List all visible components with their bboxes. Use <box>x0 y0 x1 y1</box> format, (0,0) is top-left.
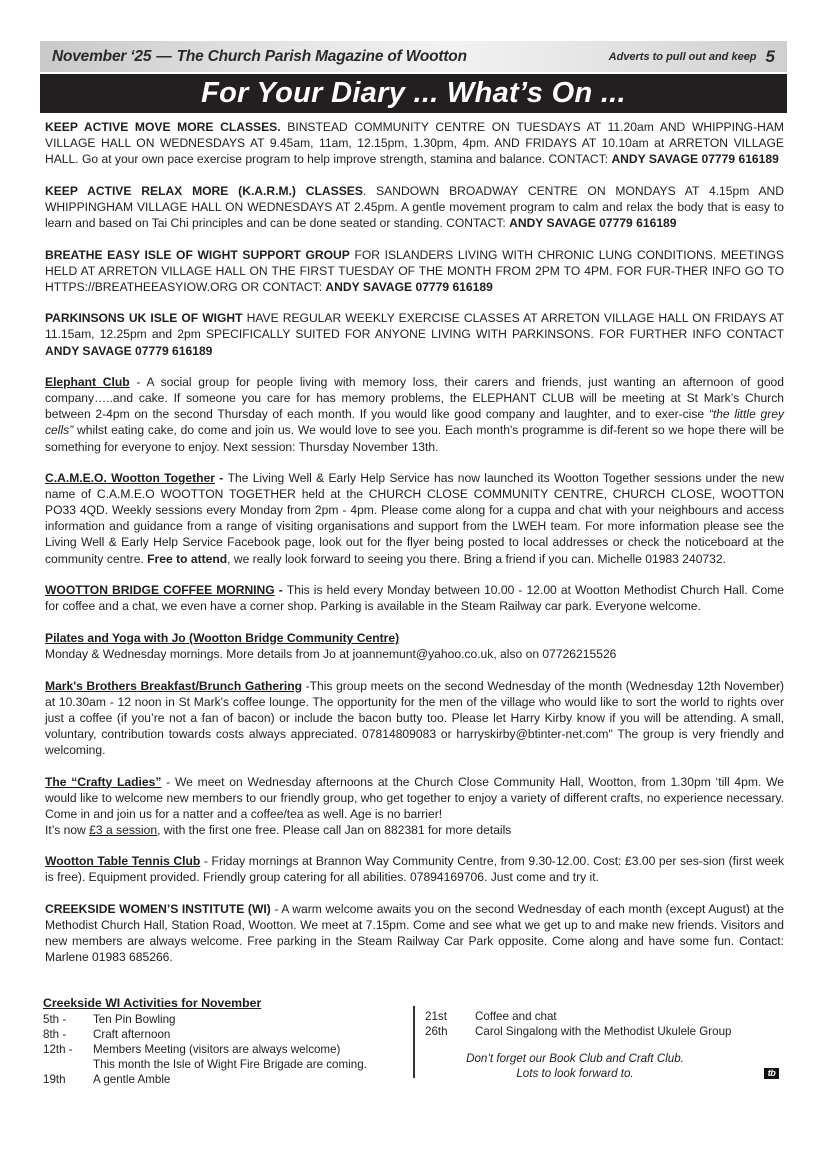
listing-heading: Wootton Table Tennis Club <box>45 854 200 868</box>
listing-parkinsons: PARKINSONS UK ISLE OF WIGHT HAVE REGULAR… <box>45 310 784 358</box>
wi-activity-date: 5th - <box>43 1012 93 1027</box>
wi-activity-row: 21stCoffee and chat <box>425 1009 785 1024</box>
listing-creekside-wi: CREEKSIDE WOMEN’S INSTITUTE (WI) - A war… <box>45 901 784 965</box>
page-title: For Your Diary ... What’s On ... <box>201 77 626 110</box>
listing-heading: Pilates and Yoga with Jo (Wootton Bridge… <box>45 631 399 645</box>
wi-activity-date: 12th - <box>43 1042 93 1057</box>
wi-activity-row: 19thA gentle Amble <box>43 1072 408 1087</box>
wi-note: Don’t forget our Book Club and Craft Clu… <box>425 1051 725 1081</box>
listing-line2: It’s now <box>45 823 89 837</box>
wi-activity-row: This month the Isle of Wight Fire Brigad… <box>43 1057 408 1072</box>
listing-heading: KEEP ACTIVE RELAX MORE (K.A.R.M.) CLASSE… <box>45 184 363 198</box>
listing-heading: Elephant Club <box>45 375 130 389</box>
header-dash: — <box>156 48 171 65</box>
wi-activity-date: 8th - <box>43 1027 93 1042</box>
listing-contact: ANDY SAVAGE 07779 616189 <box>611 152 778 166</box>
listing-price: £3 a session <box>89 823 157 837</box>
wi-note-line1: Don’t forget our Book Club and Craft Clu… <box>425 1051 725 1066</box>
issue-date: November ‘25 <box>52 48 151 65</box>
page-header: November ‘25—The Church Parish Magazine … <box>40 41 787 72</box>
wi-activities-left: Creekside WI Activities for November 5th… <box>43 996 408 1087</box>
wi-activity-date: 21st <box>425 1009 475 1024</box>
listing-emphasis: Free to attend <box>147 552 227 566</box>
column-divider <box>413 1006 415 1078</box>
header-left: November ‘25—The Church Parish Magazine … <box>52 48 467 66</box>
wi-activity-text: A gentle Amble <box>93 1072 408 1087</box>
page-number: 5 <box>766 47 775 67</box>
wi-activities-right: 21stCoffee and chat 26thCarol Singalong … <box>425 1009 785 1081</box>
listing-contact: ANDY SAVAGE 07779 616189 <box>45 344 212 358</box>
wi-activity-text: Members Meeting (visitors are always wel… <box>93 1042 408 1057</box>
listing-dash: - <box>215 471 228 485</box>
listing-keep-active-relax-more: KEEP ACTIVE RELAX MORE (K.A.R.M.) CLASSE… <box>45 183 784 231</box>
listing-pilates-yoga: Pilates and Yoga with Jo (Wootton Bridge… <box>45 630 784 662</box>
listing-crafty-ladies: The “Crafty Ladies” - We meet on Wednesd… <box>45 774 784 838</box>
listing-coffee-morning: WOOTTON BRIDGE COFFEE MORNING - This is … <box>45 582 784 614</box>
wi-activity-text: This month the Isle of Wight Fire Brigad… <box>93 1057 408 1072</box>
listing-heading: The “Crafty Ladies” <box>45 775 161 789</box>
listing-dash: - <box>275 583 287 597</box>
wi-activity-row: 5th -Ten Pin Bowling <box>43 1012 408 1027</box>
listing-elephant-club: Elephant Club - A social group for peopl… <box>45 374 784 454</box>
listing-body: Monday & Wednesday mornings. More detail… <box>45 647 616 661</box>
listing-table-tennis: Wootton Table Tennis Club - Friday morni… <box>45 853 784 885</box>
wi-activity-row: 26thCarol Singalong with the Methodist U… <box>425 1024 785 1039</box>
listing-heading: PARKINSONS UK ISLE OF WIGHT <box>45 311 243 325</box>
listings: KEEP ACTIVE MOVE MORE CLASSES. BINSTEAD … <box>45 119 784 981</box>
wi-activity-date: 19th <box>43 1072 93 1087</box>
wi-activities: Creekside WI Activities for November 5th… <box>43 996 788 1086</box>
listing-heading: KEEP ACTIVE MOVE MORE CLASSES. <box>45 120 281 134</box>
wi-activities-title: Creekside WI Activities for November <box>43 996 408 1011</box>
wi-activity-row: 12th -Members Meeting (visitors are alwa… <box>43 1042 408 1057</box>
listing-cameo: C.A.M.E.O. Wootton Together - The Living… <box>45 470 784 567</box>
wi-activity-text: Craft afternoon <box>93 1027 408 1042</box>
listing-contact: ANDY SAVAGE 07779 616189 <box>509 216 676 230</box>
wi-activity-text: Ten Pin Bowling <box>93 1012 408 1027</box>
wi-activity-date: 26th <box>425 1024 475 1039</box>
listing-line2-cont: , with the first one free. Please call J… <box>157 823 511 837</box>
wi-note-line2: Lots to look forward to. <box>425 1066 725 1081</box>
listing-breathe-easy: BREATHE EASY ISLE OF WIGHT SUPPORT GROUP… <box>45 247 784 295</box>
listing-body-cont: , we really look forward to seeing you t… <box>227 552 726 566</box>
adverts-note: Adverts to pull out and keep <box>609 51 757 63</box>
wi-activity-row: 8th -Craft afternoon <box>43 1027 408 1042</box>
wi-activity-date <box>43 1057 93 1072</box>
wi-activity-text: Coffee and chat <box>475 1009 785 1024</box>
tb-logo-icon: tb <box>764 1068 779 1079</box>
listing-body: - A social group for people living with … <box>45 375 784 421</box>
listing-heading: CREEKSIDE WOMEN’S INSTITUTE (WI) <box>45 902 271 916</box>
listing-contact: ANDY SAVAGE 07779 616189 <box>325 280 492 294</box>
listing-body-cont: whilst eating cake, do come and join us.… <box>45 423 784 453</box>
listing-heading: WOOTTON BRIDGE COFFEE MORNING <box>45 583 275 597</box>
header-right: Adverts to pull out and keep 5 <box>609 47 775 67</box>
magazine-name: The Church Parish Magazine of Wootton <box>177 48 467 65</box>
listing-heading: Mark's Brothers Breakfast/Brunch Gatheri… <box>45 679 302 693</box>
title-bar: For Your Diary ... What’s On ... <box>40 74 787 113</box>
listing-keep-active-move-more: KEEP ACTIVE MOVE MORE CLASSES. BINSTEAD … <box>45 119 784 167</box>
listing-heading: C.A.M.E.O. Wootton Together <box>45 471 215 485</box>
listing-marks-brothers: Mark's Brothers Breakfast/Brunch Gatheri… <box>45 678 784 758</box>
listing-heading: BREATHE EASY ISLE OF WIGHT SUPPORT GROUP <box>45 248 350 262</box>
wi-activity-text: Carol Singalong with the Methodist Ukule… <box>475 1024 785 1039</box>
